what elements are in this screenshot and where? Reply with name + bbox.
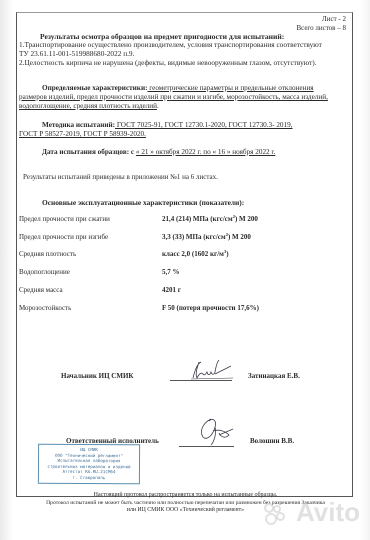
test-date-label: Дата испытания образцов: с: [42, 148, 136, 156]
characteristics-line-2: размеров изделий, предел прочности издел…: [19, 93, 328, 101]
row-label: Средняя плотность: [19, 250, 76, 258]
characteristics-label: Определяемые характеристики:: [42, 84, 147, 92]
sheet-number: Лист - 2: [296, 15, 346, 24]
row-label: Предел прочности при изгибе: [19, 233, 108, 241]
characteristics-period: .: [157, 102, 159, 110]
methods-line-1: Методика испытаний: ГОСТ 7025-91, ГОСТ 1…: [42, 121, 293, 129]
row-label: Средняя масса: [19, 286, 63, 294]
executor-name: Волошин В.В.: [250, 437, 294, 445]
test-date: Дата испытания образцов: с « 21 » октябр…: [42, 148, 275, 156]
avito-logo-icon: [264, 503, 286, 525]
test-date-value: « 21 » октября 2022 г. по « 16 » ноября …: [136, 148, 275, 156]
characteristics-text-1: геометрические параметры и предельные от…: [147, 84, 313, 92]
total-sheets: Всего листов – 8: [296, 24, 346, 33]
head-role: Начальник ИЦ СМИК: [61, 372, 133, 380]
row-value: F 50 (потеря прочности 17,6%): [162, 304, 259, 312]
methods-line-2: ГОСТ Р 58527-2019, ГОСТ Р 58939-2020.: [19, 130, 146, 138]
characteristics-line-1: Определяемые характеристики: геометричес…: [42, 84, 314, 92]
protocol-page: Лист - 2 Всего листов – 8 Результаты осм…: [16, 12, 353, 497]
row-label: Предел прочности при сжатии: [19, 215, 110, 223]
executor-signature-icon: [195, 415, 237, 447]
inspection-line-3: 2.Целостность кирпича не нарушена (дефек…: [19, 58, 317, 68]
row-value: 4201 г: [162, 286, 181, 294]
characteristics-line-3: водопоглощение, средняя плотность издели…: [19, 102, 159, 110]
methods-text-1: ГОСТ 7025-91, ГОСТ 12730.1-2020, ГОСТ 12…: [115, 121, 293, 129]
methods-label: Методика испытаний:: [42, 121, 115, 129]
row-value: 3,3 (33) МПа (кгс/см2) М 200: [162, 233, 251, 241]
laboratory-stamp: ИЦ СМИК ООО "Технический регламент" Испы…: [38, 444, 140, 485]
stamp-line: г. Ставрополь: [39, 475, 139, 481]
row-value: класс 2,0 (1602 кг/м3): [162, 250, 229, 258]
row-value: 5,7 %: [162, 268, 180, 276]
head-signature-icon: [187, 358, 237, 382]
row-label: Морозостойкость: [19, 304, 71, 312]
main-characteristics-title: Основные эксплуатационные характеристики…: [42, 198, 244, 207]
avito-watermark: Avito: [296, 497, 360, 528]
characteristics-text-3: водопоглощение, средняя плотность издели…: [19, 102, 157, 110]
head-name: Затинацкая Е.В.: [248, 372, 300, 380]
sheet-info: Лист - 2 Всего листов – 8: [296, 15, 346, 33]
row-value: 21,4 (214) МПа (кгс/см2) М 200: [162, 215, 258, 223]
results-note: Результаты испытаний приведены в приложе…: [23, 173, 218, 181]
row-label: Водопоглощение: [19, 268, 70, 276]
